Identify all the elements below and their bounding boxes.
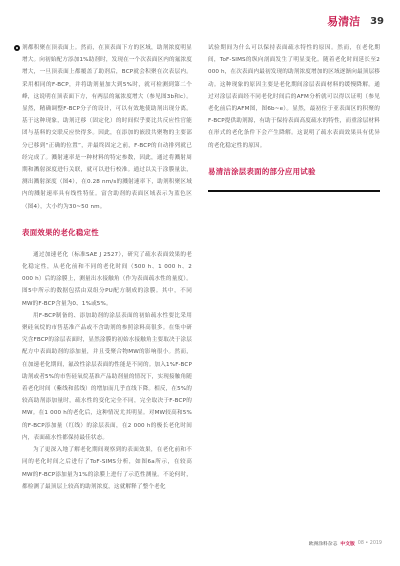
section-heading-aging-stability: 表面效果的老化稳定性 — [22, 227, 192, 239]
section-label: 易清洁 — [327, 13, 360, 29]
issue-number: 08 • 2019 — [358, 541, 382, 546]
page-header: 易清洁 39 — [327, 13, 384, 29]
body-paragraph: 为了更深入地了解老化期间观察到的表面效果，在老化前和不同的老化时间之后进行了To… — [22, 444, 192, 493]
page-footer: 欧洲涂料杂志 中文版 08 • 2019 — [309, 540, 382, 547]
section-divider — [208, 190, 380, 192]
body-paragraph: 剂都积聚在顶表面上。然而，在顶表面下方的区域，助剂浓度明显增大。向初始配方添加1… — [22, 42, 192, 213]
left-column: 剂都积聚在顶表面上。然而，在顶表面下方的区域，助剂浓度明显增大。向初始配方添加1… — [22, 42, 192, 493]
journal-name: 欧洲涂料杂志 — [309, 540, 338, 547]
body-paragraph: 用F-BCP制备的、添加助剂的涂层表面的初始疏水性要比采用聚硅氧烷的市售基准产品… — [22, 310, 192, 444]
continuation-bullet-icon — [14, 45, 20, 51]
right-column: 试验期间为什么可以保持表面疏水特性的原因。然而，在老化期间，ToF-SIMS的纵… — [208, 42, 380, 192]
edition-label: 中文版 — [340, 540, 354, 547]
body-paragraph: 通过加速老化（标准SAE J 2527），研究了疏水表面效果的老化稳定性，从老化… — [22, 249, 192, 310]
page-number: 39 — [370, 16, 384, 27]
section-heading-application-tests: 易清洁涂层表面的部分应用试验 — [208, 166, 380, 178]
body-paragraph: 试验期间为什么可以保持表面疏水特性的原因。然而，在老化期间，ToF-SIMS的纵… — [208, 42, 380, 152]
